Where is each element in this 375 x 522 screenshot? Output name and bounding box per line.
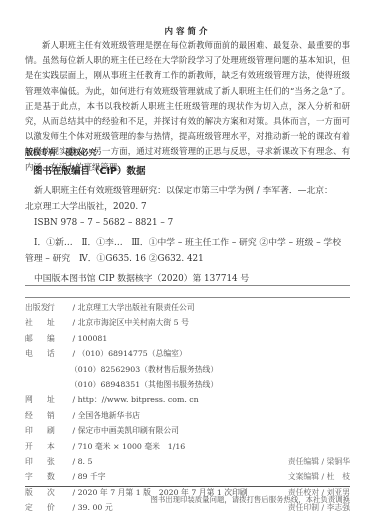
cip-line: 新人职班主任有效班级管理研究：以保定市第三中学为例 / 李军著．—北京： [25,183,350,199]
pub-row-phone: 电话 / （010）68914775（总编室） [25,346,350,361]
pub-row-printer: 印刷 / 保定市中画美凯印刷有限公司 [25,423,350,438]
pub-row-phone-2: （010）82562903（教材售后服务热线） [25,362,350,377]
cip-line: 北京理工大学出版社，2020. 7 [25,199,350,215]
responsible-editor: 责任编辑 / 梁铜华 [288,454,350,469]
pub-row-wordcount: 字数 / 89 千字文案编辑 / 杜 枝 [25,469,350,484]
pub-row-address: 社址 / 北京市海淀区中关村南大街 5 号 [25,315,350,330]
divider-cip-bottom [25,285,350,286]
cip-line: 管理 – 研究 Ⅳ．①G635. 16 ②G632. 421 [25,251,350,267]
copyright-notice: 版权专有侵权必究 [25,147,96,158]
copyright-page: 内容简介 新人职班主任有效班级管理是摆在每位新教师面前的最困难、最复杂、最重要的… [0,0,375,522]
infringement-notice: 侵权必究 [65,148,96,157]
cip-data: 新人职班主任有效班级管理研究：以保定市第三中学为例 / 李军著．—北京： 北京理… [25,183,350,287]
cip-heading: 图书在版编目（CIP）数据 [33,163,145,177]
quality-footnote: 图书出现印装质量问题，请拨打售后服务热线，本社负责调换 [150,494,350,505]
cip-line: Ⅰ．①新… Ⅱ．①李… Ⅲ．①中学 – 班主任工作 – 研究 ②中学 – 班级 … [25,235,350,251]
pub-row-sheets: 印张 / 8. 5责任编辑 / 梁铜华 [25,454,350,469]
cip-isbn: ISBN 978 – 7 – 5682 – 8821 – 7 [25,215,350,231]
divider-top [25,158,350,159]
pub-row-format: 开本 / 710 毫米 × 1000 毫米 1/16 [25,439,350,454]
pub-row-postcode: 邮编 / 100081 [25,331,350,346]
divider-bottom [25,486,350,487]
pub-row-publisher: 出版发行 / 北京理工大学出版社有限责任公司 [25,300,350,315]
copy-editor: 文案编辑 / 杜 枝 [288,469,350,484]
pub-row-distributor: 经销 / 全国各地新华书店 [25,408,350,423]
divider-pub-top [25,297,350,298]
summary-title: 内容简介 [0,25,375,37]
publishing-info: 出版发行 / 北京理工大学出版社有限责任公司 社址 / 北京市海淀区中关村南大街… [25,300,350,515]
pub-row-website: 网址 / http：//www. bitpress. com. cn [25,392,350,407]
rights-reserved: 版权专有 [25,148,56,157]
pub-row-phone-3: （010）68948351（其他图书服务热线） [25,377,350,392]
